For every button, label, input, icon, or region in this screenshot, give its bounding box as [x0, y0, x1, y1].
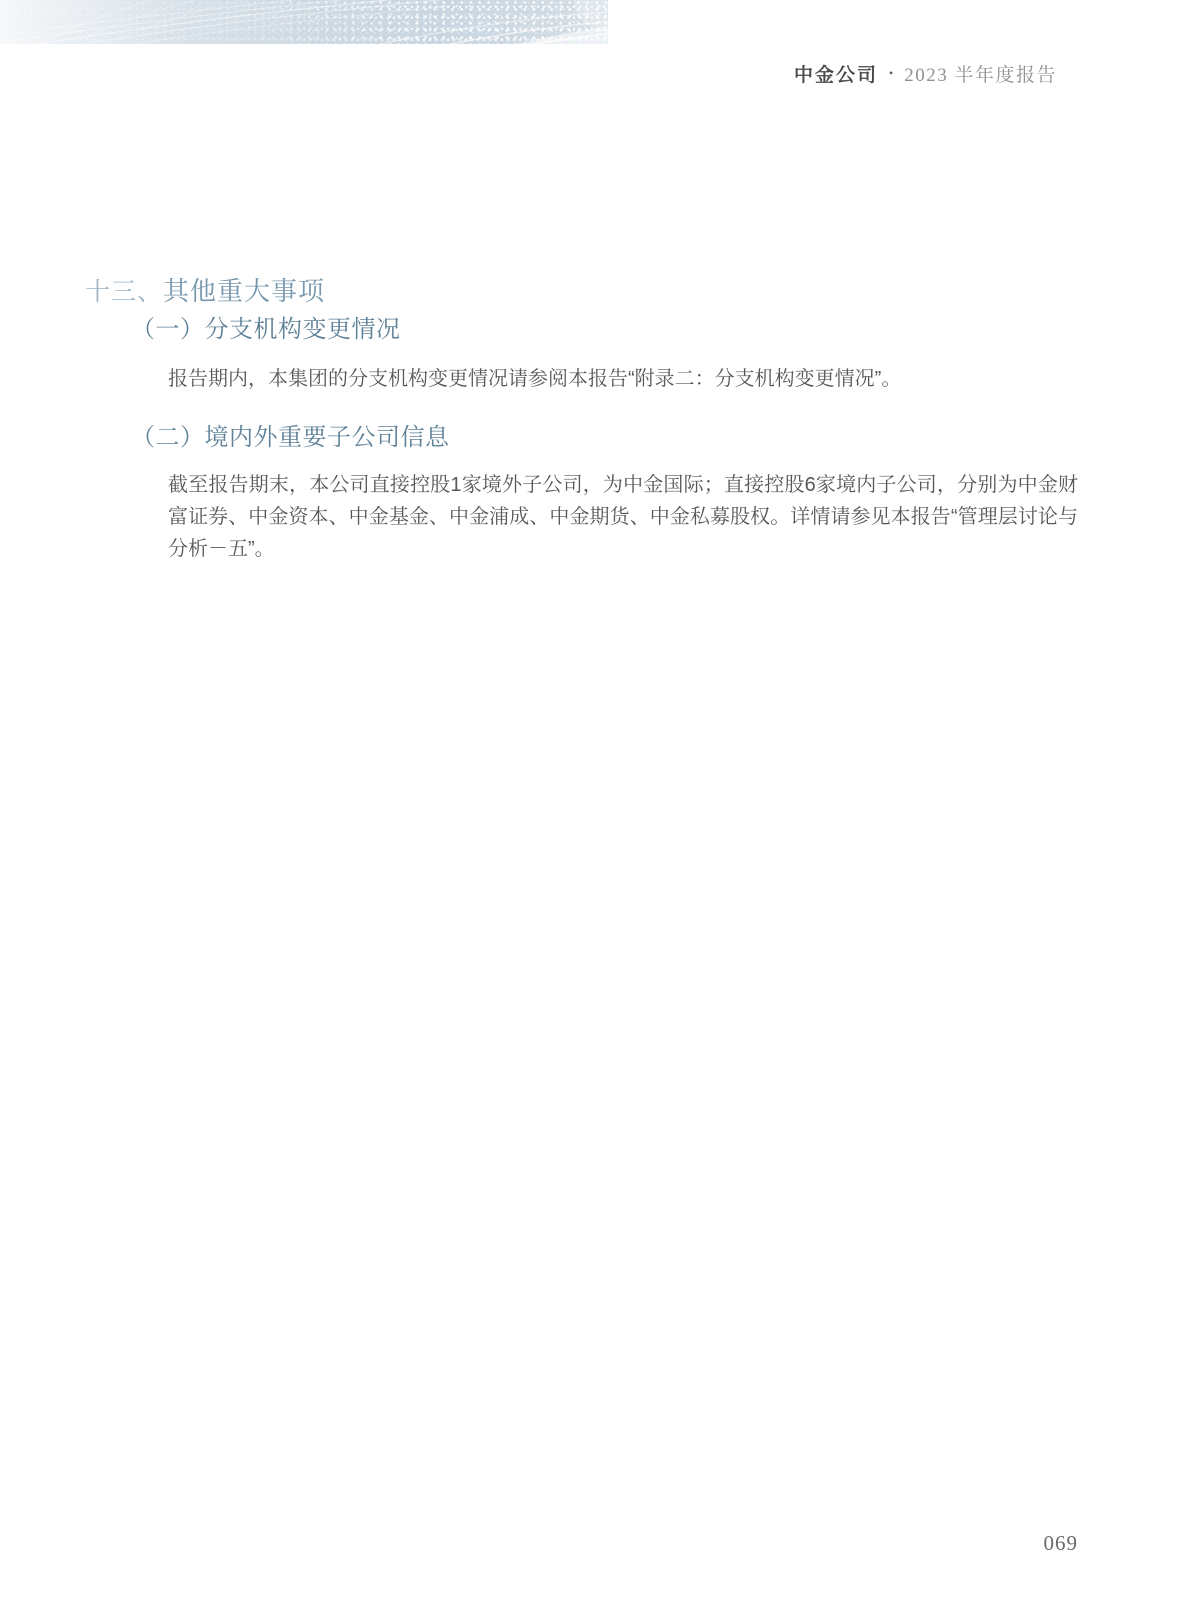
section-title: 十三、其他重大事项	[85, 273, 325, 305]
decorative-banner	[0, 0, 608, 44]
bullet-separator: •	[889, 66, 893, 81]
subsection-1-body: 报告期内，本集团的分支机构变更情况请参阅本报告“附录二：分支机构变更情况”。	[168, 363, 1078, 395]
company-name: 中金公司	[794, 60, 878, 87]
subsection-2-heading: （二）境内外重要子公司信息	[131, 426, 450, 450]
report-page: 中金公司 • 2023 半年度报告 十三、其他重大事项 （一）分支机构变更情况 …	[0, 0, 1190, 1615]
section-number: 十三、	[85, 278, 163, 306]
subsection-1-heading: （一）分支机构变更情况	[131, 318, 401, 342]
section-title-text: 其他重大事项	[163, 276, 325, 306]
running-header: 中金公司 • 2023 半年度报告	[794, 60, 1057, 87]
report-title: 2023 半年度报告	[904, 60, 1057, 87]
page-number: 069	[1044, 1531, 1079, 1556]
subsection-2-body: 截至报告期末，本公司直接控股1家境外子公司，为中金国际；直接控股6家境内子公司，…	[168, 469, 1078, 565]
banner-particle-texture-2	[0, 0, 608, 44]
